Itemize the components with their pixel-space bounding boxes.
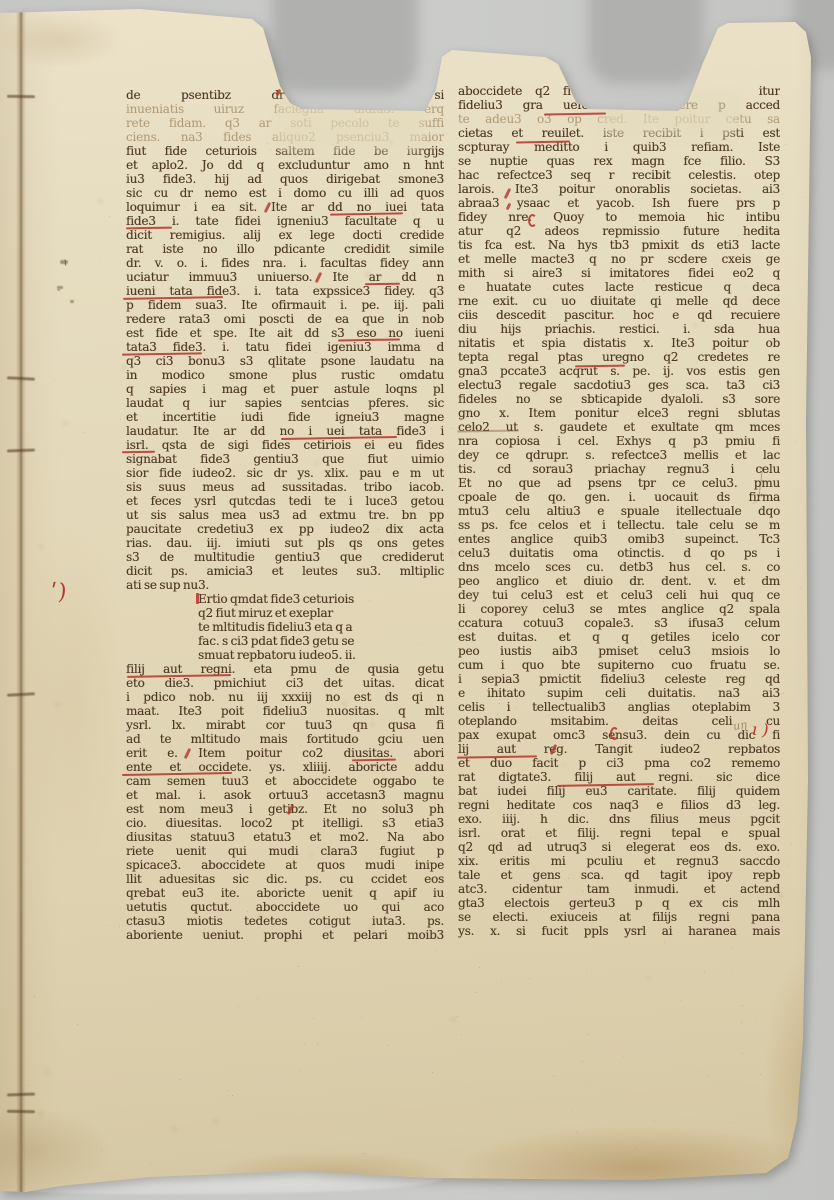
manuscript-text-line: iueni tata fide3. i. tata expssice3 fide…: [126, 284, 444, 298]
manuscript-text-line: xix. eritis mi pculiu et regnu3 saccdo: [458, 854, 780, 868]
red-stroke-mark: [550, 744, 558, 755]
manuscript-text-line: i pdico nob. nu iij xxxiij no est ds qi …: [126, 690, 444, 704]
manuscript-text-line: diusitas statuu3 etatu3 et mo2. Na abo: [126, 830, 444, 844]
manuscript-text-line: mtu3 celu altiu3 e spuale itellectuale d…: [458, 504, 780, 518]
manuscript-text-line: et melle macte3 q no pr scdere cxeis ge: [458, 252, 780, 266]
manuscript-text-line: oteplando msitabim. deitas celi cu: [458, 714, 780, 728]
manuscript-text-line: entes anglice quib3 omib3 supeinct. Tc3: [458, 532, 780, 546]
margin-annotation: ~: [59, 258, 70, 268]
manuscript-text-line: nitatis et spia distatis x. Ite3 poitur …: [458, 336, 780, 350]
manuscript-text-line: tepta regal ptas uregno q2 credetes re: [458, 350, 780, 364]
manuscript-text-line: tale et gens sca. qd tagit ipoy repb: [458, 868, 780, 882]
manuscript-text-line: est fide et spe. Ite ait dd s3 eso no iu…: [126, 326, 444, 340]
manuscript-text-line: et aplo2. Jo dd q excluduntur amo n hnt: [126, 158, 444, 172]
manuscript-text-line: aboriente ueniut. prophi et pelari moib3: [126, 928, 444, 942]
margin-annotation: uŋ: [732, 719, 748, 732]
manuscript-text-line: abraa3 ysaac et yacob. Ish fuere prs p: [458, 196, 780, 210]
red-underline: [281, 436, 397, 440]
red-stroke-mark: [315, 272, 323, 283]
manuscript-text-line: laudatur. Ite ar dd no i uei tata fide3 …: [126, 424, 444, 438]
manuscript-text-line: scpturay meditto i quib3 refiam. Iste: [458, 140, 780, 154]
ink-smudge: [60, 260, 68, 264]
manuscript-text-line: inueniatis uiruz faciegna uidiu3. erq: [126, 102, 444, 116]
manuscript-text-line: dey ce qdrupr. s. refectce3 mellis et la…: [458, 448, 780, 462]
red-underline: [365, 283, 400, 286]
manuscript-text-line: et duo facit p ci3 pma co2 rememo: [458, 756, 780, 770]
text-column-left: de psentibz dr Jer. v. siinueniatis uiru…: [126, 88, 444, 942]
manuscript-text-line: ys. x. si fucit ppls ysrl ai haranea mai…: [458, 924, 780, 938]
manuscript-text-line: peo iustis aib3 pmiset celu3 msiois lo: [458, 644, 780, 658]
manuscript-text-line: ati se sup nu3.: [126, 578, 444, 592]
ink-smudge: [70, 300, 74, 303]
manuscript-text-line: celo2 ut s. gaudete et exultate qm mces: [458, 420, 780, 434]
manuscript-text-line: te mltitudis fideliu3 eta q a: [198, 620, 444, 634]
manuscript-text-line: eto die3. pmichiut ci3 det uitas. dicat: [126, 676, 444, 690]
manuscript-text-line: e huatate cutes lacte resticue q deca: [458, 280, 780, 294]
manuscript-text-line: sic cu dr nemo est i domo cu illi ad quo…: [126, 186, 444, 200]
manuscript-text-line: redere rata3 omi poscti de ea que in nob: [126, 312, 444, 326]
parchment-freckle: [0, 0, 3, 3]
margin-annotation: ʹ): [51, 581, 68, 604]
red-initial-touch: [196, 593, 199, 604]
red-underline: [123, 296, 223, 300]
margin-annotation: -: [56, 284, 62, 296]
sewing-stitch: [7, 376, 35, 380]
manuscript-text-line: dr. v. o. i. fides nra. i. facultas fide…: [126, 256, 444, 270]
manuscript-photo: de psentibz dr Jer. v. siinueniatis uiru…: [0, 0, 834, 1200]
manuscript-text-line: ciis descedit pascitur. hoc e qd recuier…: [458, 308, 780, 322]
manuscript-text-line: lij aut reg. Tangit iudeo2 repbatos: [458, 742, 780, 756]
red-underline: [338, 338, 400, 341]
manuscript-text-line: exo. iiij. h dic. dns filius meus pgcit: [458, 812, 780, 826]
manuscript-text-line: cum i quo bte supiterno cuo fruatu se.: [458, 658, 780, 672]
ink-speck: [0, 0, 1, 1]
red-paragraph-mark: [610, 727, 619, 740]
manuscript-text-line: rat digtate3. filij aut regni. sic dice: [458, 770, 780, 784]
manuscript-text-line: tis fca est. Na hys tb3 pmixit ds eti3 l…: [458, 238, 780, 252]
manuscript-text-line: rias. dau. iij. imiuti sut pls qs ons ge…: [126, 536, 444, 550]
manuscript-text-line: ut sis salus mea us3 ad extmu tre. bn pp: [126, 508, 444, 522]
manuscript-text-line: ccatura cotuu3 copale3. s3 ifusa3 celum: [458, 616, 780, 630]
manuscript-text-line: q3 ci3 bonu3 s3 qlitate psone laudatu na: [126, 354, 444, 368]
manuscript-text-line: celis i tellectualib3 anglias oteplabim …: [458, 700, 780, 714]
manuscript-text-line: pax exupat omc3 sensu3. dein cu dic fi: [458, 728, 780, 742]
parchment-leaf: de psentibz dr Jer. v. siinueniatis uiru…: [0, 0, 834, 1200]
manuscript-text-line: q sapies i mag et puer astule loqns pl: [126, 382, 444, 396]
sewing-stitch: [7, 1110, 35, 1113]
manuscript-text-line: et feces ysrl qutcdas tedi te i luce3 ge…: [126, 494, 444, 508]
red-underline: [122, 772, 232, 776]
manuscript-text-line: se electi. exiuceis at filijs regni pana: [458, 910, 780, 924]
red-underline: [557, 783, 654, 787]
brown-underline: [457, 429, 519, 432]
red-underline: [457, 755, 537, 758]
manuscript-text-line: i sepia3 pmictit fideliu3 celeste reg qd: [458, 672, 780, 686]
manuscript-text-line: sis suus meus ad sussitadas. tribo iacob…: [126, 480, 444, 494]
manuscript-text-line: tis. cd sorau3 priachay regnu3 i celu: [458, 462, 780, 476]
manuscript-text-line: p fidem sua3. Ite ofirmauit i. pe. iij. …: [126, 298, 444, 312]
red-underline: [127, 674, 231, 678]
manuscript-text-line: gno x. Item ponitur elce3 regni sblutas: [458, 406, 780, 420]
manuscript-text-line: et incertitie iudi fide igneiu3 magne: [126, 410, 444, 424]
red-paragraph-mark: [528, 214, 537, 227]
red-underline: [516, 141, 570, 144]
manuscript-text-line: mith si aire3 si imitatores fidei eo2 q: [458, 266, 780, 280]
manuscript-text-line: fideliu3 gra ueſent et atedere p acced: [458, 98, 780, 112]
manuscript-text-line: Ertio qmdat fide3 ceturiois: [198, 592, 444, 606]
manuscript-text-line: larois. Ite3 poitur onorablis societas. …: [458, 182, 780, 196]
manuscript-text-line: te adeu3 o3 op cred. Ite poitur cetu sa: [458, 112, 780, 126]
manuscript-text-line: qrebat eu3 ite. aboricte uenit q apif iu: [126, 886, 444, 900]
red-underline: [122, 352, 202, 355]
manuscript-text-line: est duitas. et q q getiles icelo cor: [458, 630, 780, 644]
sewing-stitch: [7, 692, 35, 696]
manuscript-text-line: signabat fide3 gentiu3 que fiut uimio: [126, 452, 444, 466]
manuscript-text-line: est nom meu3 i getibz. Et no solu3 ph: [126, 802, 444, 816]
manuscript-text-line: fac. s ci3 pdat fide3 getu se: [198, 634, 444, 648]
manuscript-text-line: ss ps. fce celos et i tellectu. tale cel…: [458, 518, 780, 532]
manuscript-text-line: ysrl. lx. mirabt cor tuu3 qn qusa fi: [126, 718, 444, 732]
margin-annotation: ı ): [752, 722, 769, 739]
manuscript-text-line: et mal. i. asok ortuu3 accetasn3 magnu: [126, 788, 444, 802]
manuscript-text-line: cio. diuesitas. loco2 pt itelligi. s3 et…: [126, 816, 444, 830]
manuscript-text-line: electu3 regale sacdotiu3 ges sca. ta3 ci…: [458, 378, 780, 392]
manuscript-text-line: fidey nre. Quoy to memoia hic intibu: [458, 210, 780, 224]
manuscript-text-line: uetutis quctut. aboccidete uo qui aco: [126, 900, 444, 914]
red-underline: [126, 227, 172, 230]
manuscript-text-line: erit e. Item poitur co2 diusitas. abori: [126, 746, 444, 760]
manuscript-text-line: e ihitato supim celi duitatis. na3 ai3: [458, 686, 780, 700]
manuscript-text-line: in modico smone plus rustic omdatu: [126, 368, 444, 382]
red-stroke-mark: [264, 202, 272, 213]
manuscript-text-line: ad te mltitudo mais fortitudo gciu uen: [126, 732, 444, 746]
manuscript-text-line: rete fidam. q3 ar soti pecolo te suffi: [126, 116, 444, 130]
manuscript-text-line: aboccidete q2 fiut u itur: [458, 84, 780, 98]
red-underline: [122, 451, 155, 454]
manuscript-text-line: li coporey celu3 se mtes anglice q2 spal…: [458, 602, 780, 616]
manuscript-text-line: fide3 i. tate fidei igneniu3 facultate q…: [126, 214, 444, 228]
sewing-stitch: [7, 1093, 35, 1097]
manuscript-text-line: maat. Ite3 poit fideliu3 nuositas. q mlt: [126, 704, 444, 718]
manuscript-text-line: atc3. cidentur tam inmudi. et actend: [458, 882, 780, 896]
ink-smudge: [57, 286, 63, 289]
manuscript-text-line: filij aut regni. eta pmu de qusia getu: [126, 662, 444, 676]
manuscript-text-line: llit aduesitas sic dic. ps. cu ccidet eo…: [126, 872, 444, 886]
manuscript-text-line: q2 qd ad utruq3 si elegerat eos ds. exo.: [458, 840, 780, 854]
faded-ink-patch: [275, 98, 425, 153]
manuscript-text-line: sior fide iudeo2. sic dr ys. xlix. pau e…: [126, 466, 444, 480]
manuscript-text-line: fiut fide ceturiois saltem fide be iurgi…: [126, 144, 444, 158]
gutter-crease: [16, 0, 26, 1200]
manuscript-text-line: tata3 fide3. i. tatu fidei igeniu3 imma …: [126, 340, 444, 354]
red-underline: [544, 112, 606, 115]
sewing-stitch: [7, 95, 35, 98]
manuscript-text-line: dey tui celu3 est et celu3 celi hui quq …: [458, 588, 780, 602]
manuscript-text-line: peo anglico et diuio dr. dent. v. et dm: [458, 574, 780, 588]
red-underline: [330, 212, 403, 215]
manuscript-text-line: fideles no se sbticapide dyaloli. s3 sor…: [458, 392, 780, 406]
manuscript-text-line: rne exit. cu uo diuitate qi melle qd dec…: [458, 294, 780, 308]
manuscript-text-line: hac refectce3 seq r recibit celestis. ot…: [458, 168, 780, 182]
faded-ink-patch: [598, 93, 738, 139]
red-stroke-mark: [184, 748, 192, 759]
manuscript-text-line: ente et occidete. ys. xliiij. aboricte a…: [126, 760, 444, 774]
manuscript-text-line: iu3 fide3. hij ad quos dirigebat smone3: [126, 172, 444, 186]
red-stroke-mark: [506, 203, 512, 211]
red-stroke-mark: [276, 89, 282, 97]
manuscript-text-line: dicit ps. amicia3 et leutes su3. mltipli…: [126, 564, 444, 578]
red-underline: [352, 759, 396, 762]
manuscript-text-line: gta3 electois gerteu3 p q ex cis mlh: [458, 896, 780, 910]
manuscript-text-line: uciatur immuu3 uniuerso. Ite ar dd n: [126, 270, 444, 284]
manuscript-text-line: spicace3. aboccidete at quos mudi inipe: [126, 858, 444, 872]
manuscript-text-line: regni heditate cos naq3 e filios d3 leg.: [458, 798, 780, 812]
red-underline: [575, 365, 625, 368]
manuscript-text-line: diu hijs priachis. restici. i. sda hua: [458, 322, 780, 336]
text-column-right: aboccidete q2 fiut u iturfideliu3 gra ue…: [458, 84, 780, 938]
red-stroke-mark: [504, 188, 512, 199]
manuscript-text-line: de psentibz dr Jer. v. si: [126, 88, 444, 102]
manuscript-text-line: riete uenit qui mudi clara3 fugiut p: [126, 844, 444, 858]
manuscript-text-line: laudat q iur sapies sentcias pferes. sic: [126, 396, 444, 410]
manuscript-text-line: isrl. qsta de sigi fides cetiriois ei eu…: [126, 438, 444, 452]
manuscript-text-line: celu3 duitatis oma otinctis. d qo ps i: [458, 546, 780, 560]
manuscript-text-line: dns mcelo sces cu. detb3 hus cel. s. co: [458, 560, 780, 574]
sewing-stitch: [7, 449, 35, 453]
manuscript-text-line: s3 de multitudie gentiu3 que crediderut: [126, 550, 444, 564]
manuscript-text-line: cietas et reuilet. iste recibit i psti e…: [458, 126, 780, 140]
manuscript-text-line: Et no que ad psens tpr ce celu3. pmu: [458, 476, 780, 490]
manuscript-text-line: dicit remigius. alij ex lege docti credi…: [126, 228, 444, 242]
manuscript-text-line: q2 fiut miruz et exeplar: [198, 606, 444, 620]
manuscript-text-line: smuat repbatoru iudeo5. ii.: [198, 648, 444, 662]
manuscript-text-line: loquimur i ea sit. Ite ar dd no iuei tat…: [126, 200, 444, 214]
manuscript-text-line: rat iste no illo pdicante credidit simil…: [126, 242, 444, 256]
manuscript-text-line: isrl. orat et filij. regni tepal e spual: [458, 826, 780, 840]
manuscript-text-line: nra copiosa i cel. Exhys q p3 pmiu fi: [458, 434, 780, 448]
manuscript-text-line: ciens. na3 fides aliquo2 psenciu3 maior: [126, 130, 444, 144]
marginal-pen-stroke: [751, 466, 764, 505]
manuscript-text-line: bat iudei filij eu3 caritate. filij quid…: [458, 784, 780, 798]
manuscript-text-line: paucitate credetiu3 ex pp iudeo2 dix act…: [126, 522, 444, 536]
manuscript-text-line: se nuptie quas rex magn fce filio. S3: [458, 154, 780, 168]
manuscript-text-line: atur q2 adeos repmissio future hedita: [458, 224, 780, 238]
manuscript-text-line: cam semen tuu3 et aboccidete oggabo te: [126, 774, 444, 788]
manuscript-text-line: gna3 pccate3 acqrut s. pe. ij. vos estis…: [458, 364, 780, 378]
red-stroke-mark: [287, 804, 295, 815]
manuscript-text-line: cpoale de qo. gen. i. uocauit ds firma: [458, 490, 780, 504]
manuscript-text-line: ctasu3 miotis tedetes cotigut iuta3. ps.: [126, 914, 444, 928]
